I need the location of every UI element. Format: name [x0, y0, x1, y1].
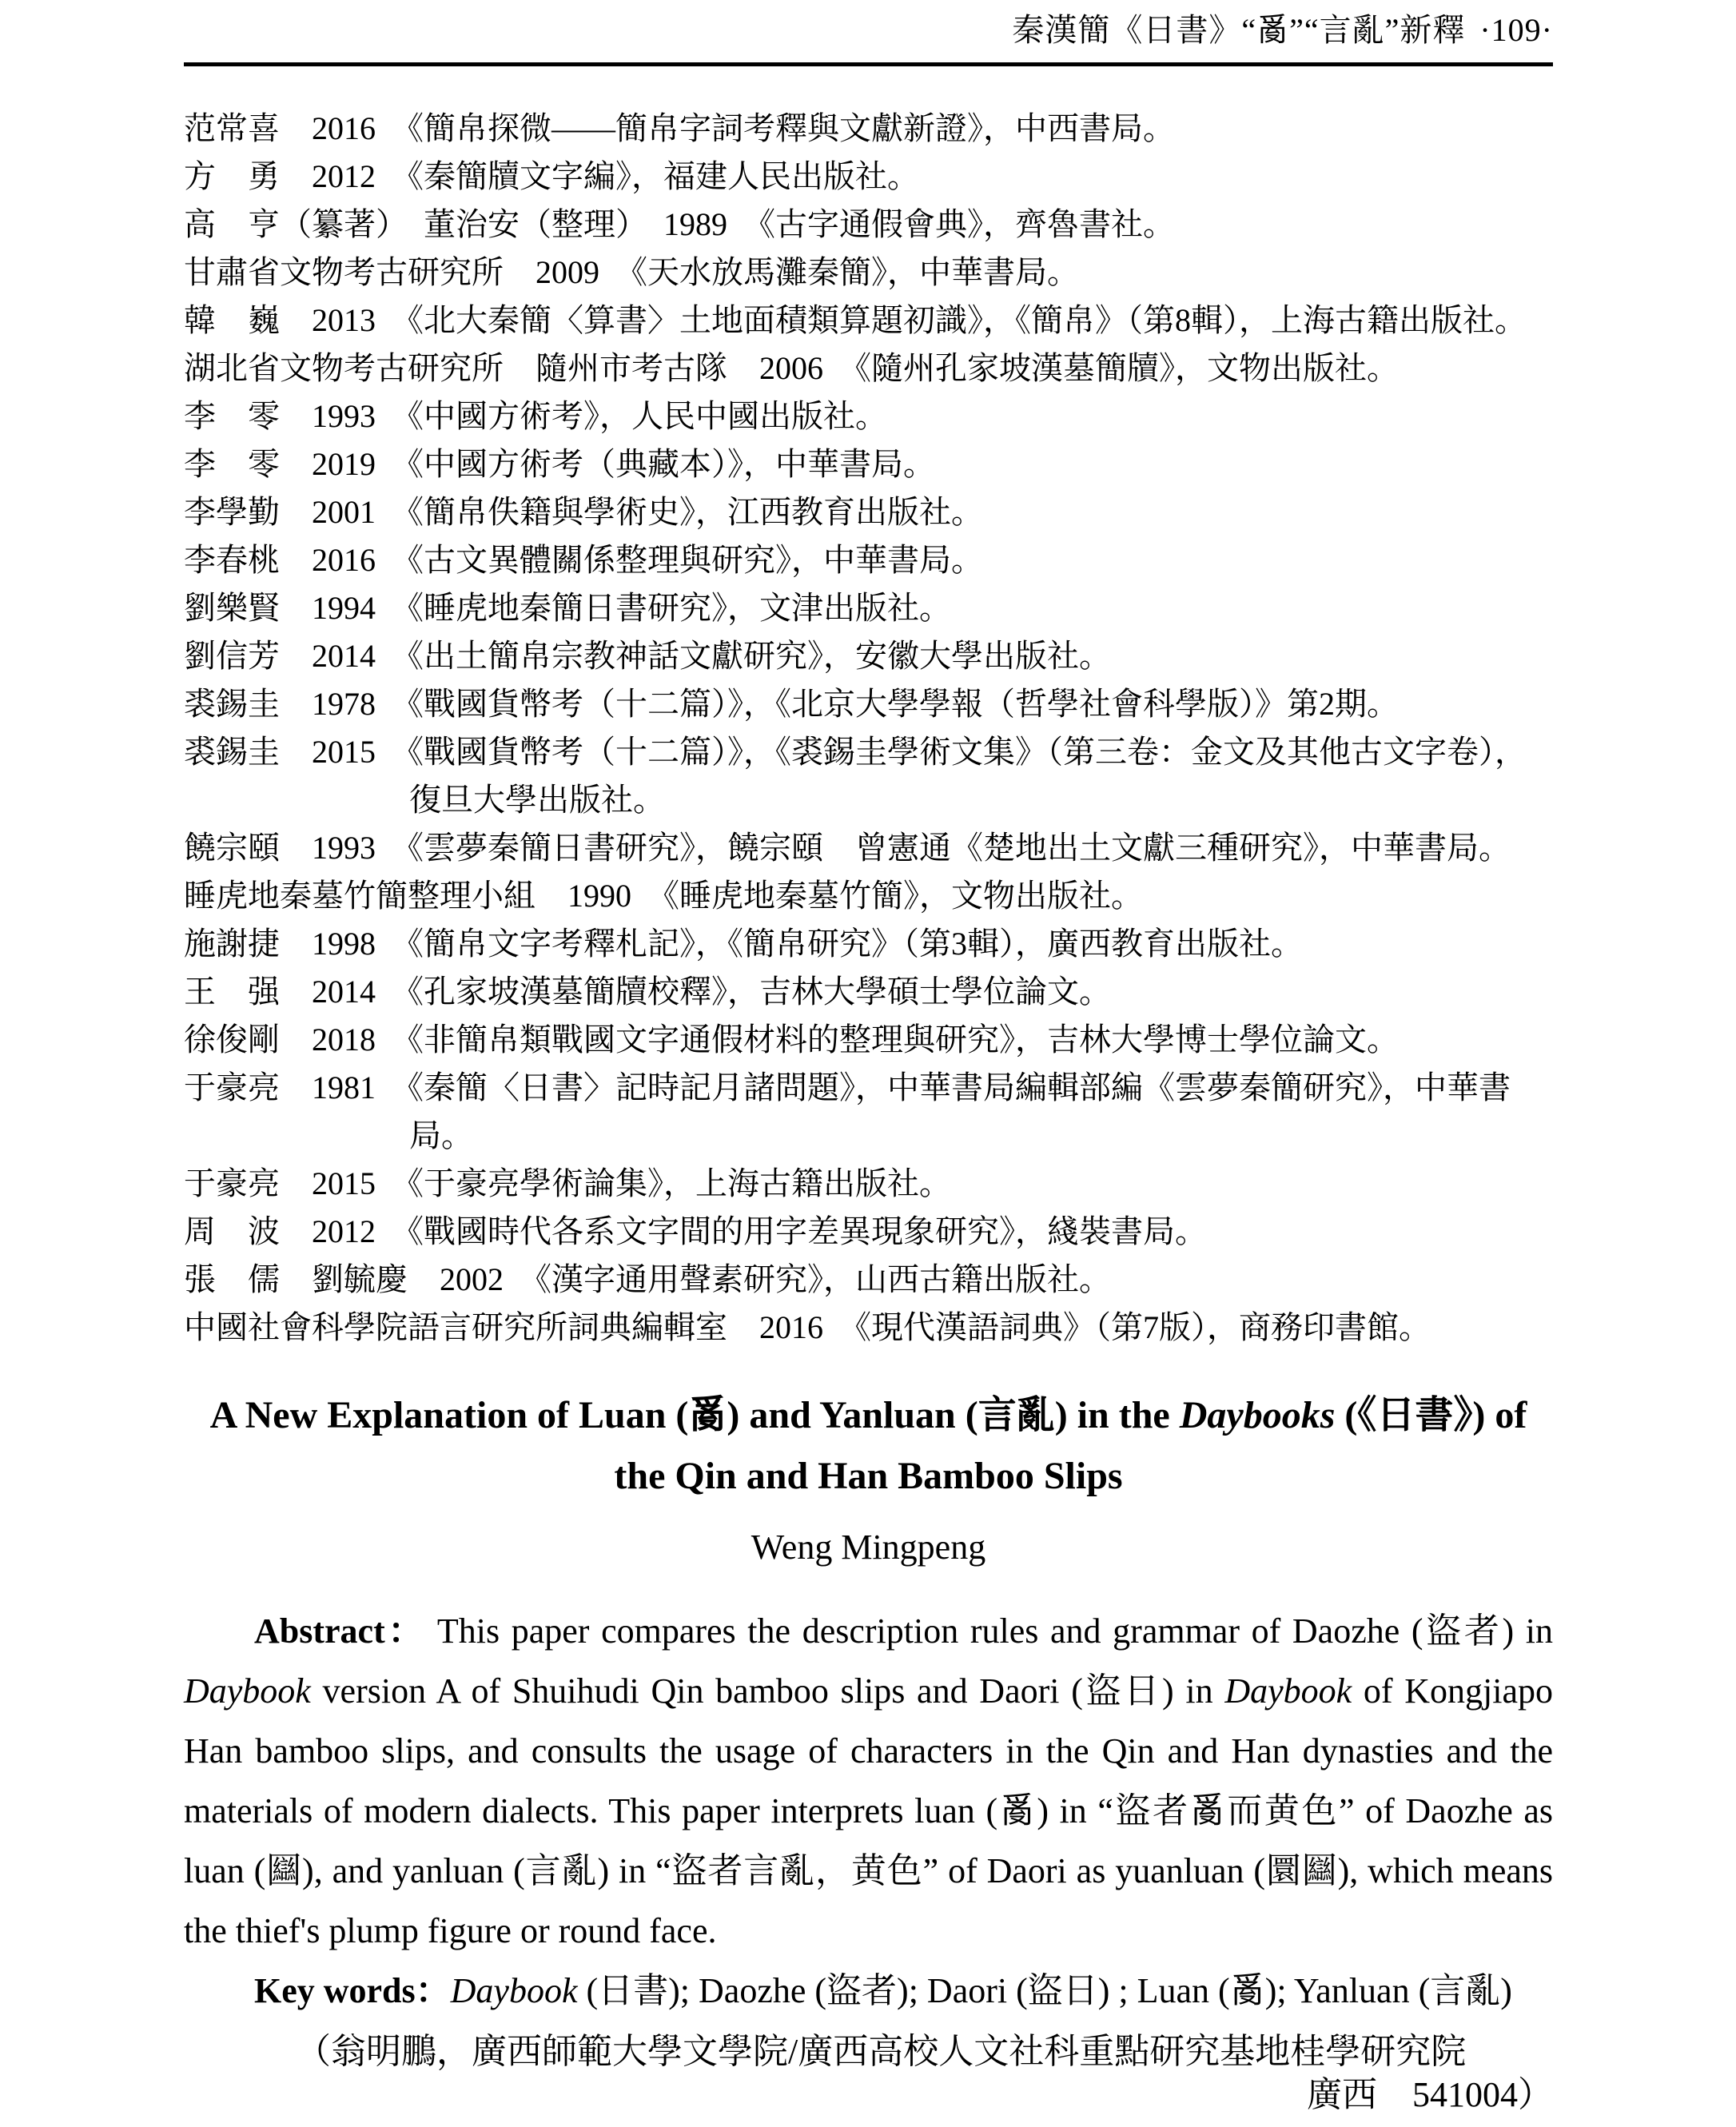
reference-entry: 劉信芳 2014 《出土簡帛宗教神話文獻研究》，安徽大學出版社。: [184, 632, 1553, 680]
abstract-paragraph: Abstract： This paper compares the descri…: [184, 1601, 1553, 1961]
text-run: This paper compares the description rule…: [437, 1611, 1553, 1651]
author-name: Weng Mingpeng: [184, 1528, 1553, 1567]
document-page: 秦漢簡《日書》“𤔔”“言亂”新釋·109· 范常喜 2016 《簡帛探微——簡帛…: [0, 0, 1736, 2127]
text-run: Daybook: [1224, 1671, 1352, 1711]
references-list: 范常喜 2016 《簡帛探微——簡帛字詞考釋與文獻新證》，中西書局。 方 勇 2…: [184, 105, 1553, 1352]
reference-entry: 睡虎地秦墓竹簡整理小組 1990 《睡虎地秦墓竹簡》，文物出版社。: [184, 872, 1553, 920]
keywords-label: Key words：: [254, 1971, 451, 2010]
reference-entry: 李 零 1993 《中國方術考》，人民中國出版社。: [184, 392, 1553, 440]
affiliation-line-1: （翁明鵬，廣西師範大學文學院/廣西高校人文社科重點研究基地桂學研究院: [184, 2030, 1553, 2073]
text-run: of Kongjiapo Han bamboo slips, and consu…: [184, 1671, 1553, 1950]
reference-entry: 湖北省文物考古研究所 隨州市考古隊 2006 《隨州孔家坡漢墓簡牘》，文物出版社…: [184, 345, 1553, 392]
text-run: (日書); Daozhe (盜者); Daori (盜日) ; Luan (𤔔)…: [578, 1971, 1512, 2010]
page-content: 秦漢簡《日書》“𤔔”“言亂”新釋·109· 范常喜 2016 《簡帛探微——簡帛…: [184, 0, 1553, 2117]
reference-entry: 甘肅省文物考古研究所 2009 《天水放馬灘秦簡》，中華書局。: [184, 249, 1553, 297]
running-title: 秦漢簡《日書》“𤔔”“言亂”新釋: [1012, 12, 1465, 48]
keywords-paragraph: Key words：Daybook (日書); Daozhe (盜者); Dao…: [184, 1961, 1553, 2021]
abstract-text: This paper compares the description rule…: [184, 1611, 1553, 1950]
reference-entry: 于豪亮 1981 《秦簡〈日書〉記時記月諸問題》，中華書局編輯部編《雲夢秦簡研究…: [184, 1064, 1553, 1160]
reference-entry: 于豪亮 2015 《于豪亮學術論集》，上海古籍出版社。: [184, 1160, 1553, 1208]
affiliation-line-2: 廣西 541004）: [184, 2073, 1553, 2117]
page-header: 秦漢簡《日書》“𤔔”“言亂”新釋·109·: [184, 0, 1553, 66]
reference-entry: 裘錫圭 1978 《戰國貨幣考（十二篇）》，《北京大學學報（哲學社會科學版）》第…: [184, 680, 1553, 728]
reference-entry: 王 强 2014 《孔家坡漢墓簡牘校釋》，吉林大學碩士學位論文。: [184, 968, 1553, 1016]
reference-entry: 方 勇 2012 《秦簡牘文字編》，福建人民出版社。: [184, 153, 1553, 201]
reference-entry: 高 亨（纂著） 董治安（整理） 1989 《古字通假會典》，齊魯書社。: [184, 201, 1553, 249]
page-number: ·109·: [1479, 12, 1553, 48]
reference-entry: 李春桃 2016 《古文異體關係整理與研究》，中華書局。: [184, 536, 1553, 584]
reference-entry: 韓 巍 2013 《北大秦簡〈算書〉土地面積類算題初識》，《簡帛》（第8輯），上…: [184, 297, 1553, 345]
reference-entry: 劉樂賢 1994 《睡虎地秦簡日書研究》，文津出版社。: [184, 584, 1553, 632]
reference-entry: 饒宗頤 1993 《雲夢秦簡日書研究》，饒宗頤 曾憲通《楚地出土文獻三種研究》，…: [184, 824, 1553, 872]
reference-entry: 李學勤 2001 《簡帛佚籍與學術史》，江西教育出版社。: [184, 488, 1553, 536]
text-run: Daybooks: [1180, 1394, 1336, 1436]
text-run: Daybook: [184, 1671, 311, 1711]
keywords-text: Daybook (日書); Daozhe (盜者); Daori (盜日) ; …: [451, 1971, 1512, 2010]
reference-entry: 施謝捷 1998 《簡帛文字考釋札記》，《簡帛研究》（第3輯），廣西教育出版社。: [184, 920, 1553, 968]
text-run: version A of Shuihudi Qin bamboo slips a…: [311, 1671, 1224, 1711]
reference-entry: 李 零 2019 《中國方術考（典藏本）》，中華書局。: [184, 440, 1553, 488]
text-run: A New Explanation of Luan (𤔔) and Yanlua…: [210, 1394, 1180, 1436]
reference-entry: 徐俊剛 2018 《非簡帛類戰國文字通假材料的整理與研究》，吉林大學博士學位論文…: [184, 1016, 1553, 1064]
reference-entry: 周 波 2012 《戰國時代各系文字間的用字差異現象研究》，綫裝書局。: [184, 1208, 1553, 1256]
reference-entry: 范常喜 2016 《簡帛探微——簡帛字詞考釋與文獻新證》，中西書局。: [184, 105, 1553, 153]
english-title: A New Explanation of Luan (𤔔) and Yanlua…: [184, 1385, 1553, 1507]
reference-entry: 裘錫圭 2015 《戰國貨幣考（十二篇）》，《裘錫圭學術文集》（第三卷：金文及其…: [184, 728, 1553, 824]
reference-entry: 中國社會科學院語言研究所詞典編輯室 2016 《現代漢語詞典》（第7版），商務印…: [184, 1304, 1553, 1352]
text-run: Daybook: [451, 1971, 578, 2010]
reference-entry: 張 儒 劉毓慶 2002 《漢字通用聲素研究》，山西古籍出版社。: [184, 1256, 1553, 1304]
abstract-label: Abstract：: [254, 1611, 426, 1651]
